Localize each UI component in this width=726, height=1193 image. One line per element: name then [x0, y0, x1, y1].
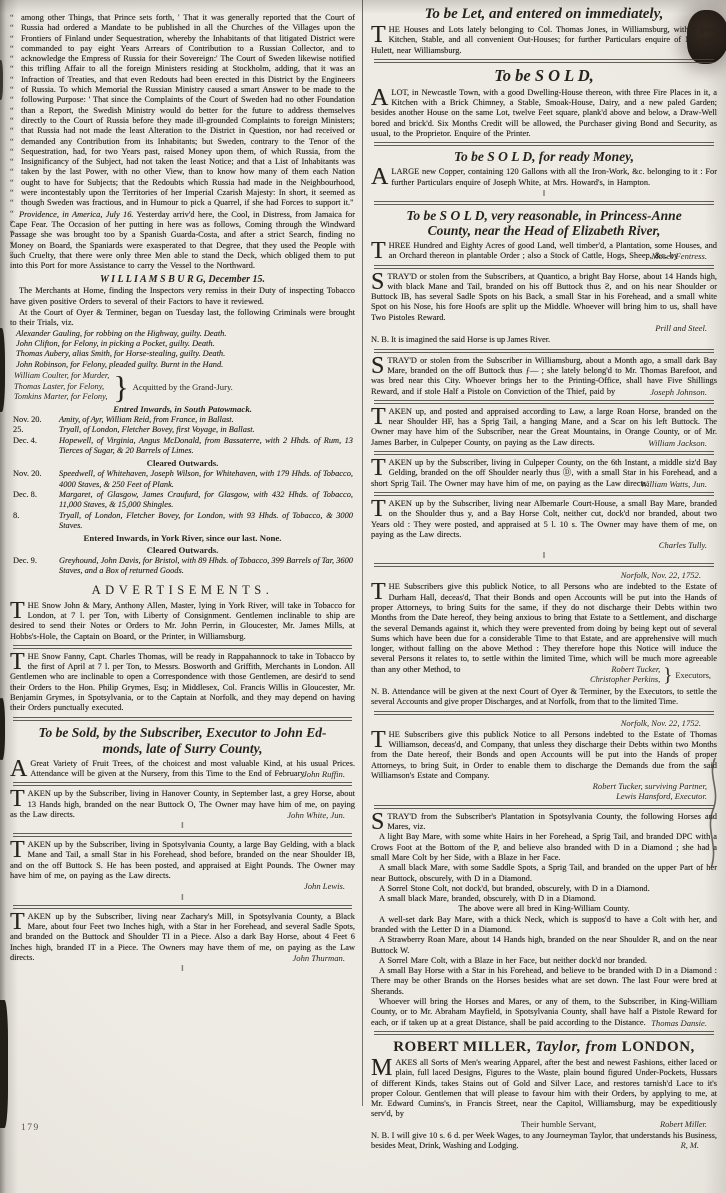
- drop-cap: S: [371, 356, 387, 377]
- drop-cap: A: [371, 88, 391, 109]
- ad-taken-spotsylvania: TAKEN up by the Subscriber, living in Sp…: [10, 840, 355, 881]
- ship-date: Dec. 9.: [10, 556, 59, 577]
- cleared-outwards-heading: Cleared Outwards.: [10, 458, 355, 468]
- section-divider: [374, 201, 714, 205]
- verdict-row: Thomas Aubery, alias Smith, for Horse-st…: [10, 349, 355, 359]
- section-divider: [374, 349, 714, 353]
- section-divider: [374, 1031, 714, 1035]
- ad-snow-john-mary: THE Snow John & Mary, Anthony Allen, Mas…: [10, 601, 355, 642]
- signature: Robert Miller.: [660, 1120, 707, 1129]
- verdict-row: John Robinson, for Felony, pleaded guilt…: [10, 360, 355, 370]
- york-river-heading: Entered Inwards, in York River, since ou…: [10, 533, 355, 543]
- notice-text: HE Subscribers give this publick Notice,…: [371, 582, 717, 673]
- drop-cap: M: [371, 1058, 395, 1079]
- section-divider: [374, 451, 714, 455]
- brace-glyph: }: [663, 666, 672, 685]
- ship-entry: Dec. 4.Hopewell, of Virginia, Angus McDo…: [10, 436, 355, 457]
- heading-part: LONDON,: [622, 1039, 695, 1055]
- notice-text: HE Subscribers give this publick Notice …: [371, 730, 717, 780]
- section-divider: [13, 717, 352, 721]
- ad-text: AKEN up by the Subscriber, living in Spo…: [10, 840, 355, 880]
- ship-date: Dec. 4.: [10, 436, 59, 457]
- ad-text: HE Snow Fanny, Capt. Charles Thomas, wil…: [10, 652, 355, 712]
- column-divider: [362, 0, 363, 1106]
- binding-ink-mark: [0, 1000, 8, 1128]
- ship-entry: Nov. 20.Amity, of Ayr, William Reid, fro…: [10, 415, 355, 425]
- ship-detail: Speedwell, of Whitehaven, Joseph Wilson,…: [59, 469, 355, 490]
- ad-text: TRAY'D or stolen from the Subscribers, a…: [371, 272, 717, 322]
- court-intro: At the Court of Oyer & Terminer, began o…: [10, 308, 355, 329]
- drop-cap: A: [371, 167, 391, 188]
- printers-mark: ‖: [371, 189, 717, 198]
- section-divider: [374, 400, 714, 404]
- section-divider: [374, 492, 714, 496]
- drop-cap: A: [10, 759, 30, 780]
- brace-glyph: }: [113, 372, 128, 402]
- verdict-row: Alexander Gauling, for robbing on the Hi…: [10, 329, 355, 339]
- drop-cap: T: [10, 601, 28, 622]
- drop-cap: T: [10, 840, 28, 861]
- ship-entry: Nov. 20.Speedwell, of Whitehaven, Joseph…: [10, 469, 355, 490]
- ad-taken-albemarle: TAKEN up by the Subscriber, living near …: [371, 499, 717, 540]
- heading-line: To be Sold, by the Subscriber, Executor …: [39, 725, 327, 740]
- ship-entry: Dec. 8.Margaret, of Glasgow, James Crauf…: [10, 490, 355, 511]
- servant-line: Their humble Servant,: [521, 1120, 596, 1129]
- heading-line: To be S O L D, very reasonable, in Princ…: [406, 208, 681, 223]
- stray-horse-item: A light Bay Mare, with some white Hairs …: [371, 832, 717, 863]
- advertisements-heading: ADVERTISEMENTS.: [10, 583, 355, 598]
- sold-subscriber-heading: To be Sold, by the Subscriber, Executor …: [10, 725, 355, 757]
- section-divider: [13, 782, 352, 786]
- ad-strayd-quantico: STRAY'D or stolen from the Subscribers, …: [371, 272, 717, 323]
- to-be-sold-heading: To be S O L D,: [371, 66, 717, 86]
- nota-bene: N. B. Attendance will be given at the ne…: [371, 687, 717, 708]
- right-column: To be Let, and entered on immediately, T…: [371, 6, 717, 1150]
- stray-horse-item: A well-set dark Bay Mare, with a thick N…: [371, 915, 717, 936]
- ship-detail: Hopewell, of Virginia, Angus McDonald, f…: [59, 436, 355, 457]
- ship-date: 8.: [10, 511, 59, 532]
- drop-cap: T: [10, 789, 28, 810]
- europe-news-text: among other Things, that Prince sets for…: [21, 13, 355, 209]
- ad-strayd-plantation-intro: STRAY'D from the Subscriber's Plantation…: [371, 812, 717, 833]
- ship-detail: Tryall, of London, Fletcher Bovey, first…: [59, 425, 355, 435]
- newspaper-page: among other Things, that Prince sets for…: [0, 0, 726, 1193]
- signature: Prill and Steel.: [371, 323, 717, 333]
- signature: John Thurman.: [10, 953, 355, 963]
- ad-copper: ALARGE new Copper, containing 120 Gallon…: [371, 167, 717, 188]
- left-column: among other Things, that Prince sets for…: [10, 13, 355, 974]
- executor-name: Robert Tucker,: [590, 665, 660, 675]
- ship-date: Nov. 20.: [10, 415, 59, 425]
- ad-text: TRAY'D from the Subscriber's Plantation …: [387, 812, 717, 831]
- ship-date: Nov. 20.: [10, 469, 59, 490]
- stray-horse-item: A small black Mare, branded, obscurely, …: [371, 894, 717, 904]
- ship-date: 25.: [10, 425, 59, 435]
- ad-snow-fanny: THE Snow Fanny, Capt. Charles Thomas, wi…: [10, 652, 355, 714]
- drop-cap: T: [371, 499, 389, 520]
- stray-horse-item: A small black Mare, with some Saddle Spo…: [371, 863, 717, 884]
- page-number: 179: [21, 1123, 40, 1133]
- signature: Charles Tully.: [371, 540, 717, 550]
- providence-dateline: Providence, in America, July 16.: [19, 210, 134, 219]
- ship-entry: 8.Tryall, of London, Fletcher Bovey, for…: [10, 511, 355, 532]
- sold-princess-anne-heading: To be S O L D, very reasonable, in Princ…: [371, 208, 717, 239]
- acquitted-name: Thomas Laster, for Felony,: [14, 382, 109, 392]
- merchants-news: The Merchants at Home, finding the Inspe…: [10, 286, 355, 307]
- section-divider: [374, 265, 714, 269]
- ad-text: HE Houses and Lots lately belonging to C…: [371, 25, 717, 55]
- servant-signature-row: Their humble Servant, Robert Miller.: [371, 1120, 717, 1129]
- stray-horse-item: A Strawberry Roan Mare, about 14 Hands h…: [371, 935, 717, 956]
- signature: John Lewis.: [10, 881, 355, 891]
- acquitted-name: Tomkins Marter, for Felony,: [14, 392, 109, 402]
- section-divider: [13, 645, 352, 649]
- drop-cap: T: [371, 241, 389, 262]
- drop-cap: S: [371, 272, 387, 293]
- executor-name: Christopher Perkins,: [590, 675, 660, 685]
- stray-horse-item: A Sorrel Stone Colt, not dock'd, but bra…: [371, 884, 717, 894]
- drop-cap: T: [371, 407, 389, 428]
- drop-cap: T: [10, 912, 28, 933]
- signature: Lewis Hansford, Executor.: [371, 791, 717, 801]
- ship-detail: Amity, of Ayr, William Reid, from France…: [59, 415, 355, 425]
- binding-ink-mark: [0, 698, 5, 760]
- notice-durham-hall-estate: THE Subscribers give this publick Notice…: [371, 582, 717, 675]
- binding-ink-mark: [0, 60, 3, 100]
- printers-mark: ‖: [10, 964, 355, 973]
- ad-newcastle-lot: ALOT, in Newcastle Town, with a good Dwe…: [371, 88, 717, 139]
- york-cleared-heading: Cleared Outwards.: [10, 545, 355, 555]
- executors-label: Executors,: [675, 671, 711, 680]
- ad-to-be-let: THE Houses and Lots lately belonging to …: [371, 25, 717, 56]
- ship-entry: 25.Tryall, of London, Fletcher Bovey, fi…: [10, 425, 355, 435]
- ship-detail: Tryall, of London, Fletcher Bovey, for L…: [59, 511, 355, 532]
- verdict-row: John Clifton, for Felony, in picking a P…: [10, 339, 355, 349]
- notice-williamson-estate: THE Subscribers give this publick Notice…: [371, 730, 717, 781]
- signature: Robert Tucker, surviving Partner,: [371, 781, 717, 791]
- to-be-let-heading: To be Let, and entered on immediately,: [371, 6, 717, 23]
- acquitted-names: William Coulter, for Murder, Thomas Last…: [14, 371, 109, 402]
- ad-robert-miller: MAKES all Sorts of Men's wearing Apparel…: [371, 1058, 717, 1120]
- drop-cap: T: [371, 458, 389, 479]
- section-divider: [13, 905, 352, 909]
- court-verdicts: Alexander Gauling, for robbing on the Hi…: [10, 329, 355, 371]
- stray-horse-note: The above were all bred in King-William …: [371, 904, 717, 914]
- providence-news: Providence, in America, July 16. Yesterd…: [10, 210, 355, 272]
- section-divider: [374, 59, 714, 63]
- heading-part: Taylor, from: [535, 1039, 621, 1055]
- ad-text: LARGE new Copper, containing 120 Gallons…: [391, 167, 717, 186]
- section-divider: [374, 142, 714, 146]
- ad-text: LOT, in Newcastle Town, with a good Dwel…: [371, 88, 717, 138]
- section-divider: [13, 833, 352, 837]
- drop-cap: T: [371, 730, 389, 751]
- ad-text: HE Snow John & Mary, Anthony Allen, Mast…: [10, 601, 355, 641]
- ship-detail: Greyhound, John Davis, for Bristol, with…: [59, 556, 355, 577]
- drop-cap: T: [371, 25, 389, 46]
- ad-text: AKEN up by the Subscriber, living near A…: [371, 499, 717, 539]
- drop-cap: T: [10, 652, 28, 673]
- printers-mark: ‖: [10, 821, 355, 830]
- section-divider: [374, 563, 714, 567]
- sold-ready-money-heading: To be S O L D, for ready Money,: [371, 149, 717, 165]
- drop-cap: T: [371, 582, 389, 603]
- acquitted-name: William Coulter, for Murder,: [14, 371, 109, 381]
- norfolk-dateline: Norfolk, Nov. 22, 1752.: [371, 570, 717, 580]
- heading-part: ROBERT MILLER,: [393, 1039, 535, 1055]
- ship-entry: Dec. 9.Greyhound, John Davis, for Bristo…: [10, 556, 355, 577]
- printers-mark: ‖: [10, 893, 355, 902]
- acquitted-block: William Coulter, for Murder, Thomas Last…: [14, 371, 355, 402]
- ship-date: Dec. 8.: [10, 490, 59, 511]
- acquitted-label: Acquitted by the Grand-Jury.: [133, 382, 233, 392]
- printers-mark: ‖: [371, 551, 717, 560]
- nota-bene: N. B. It is imagined the said Horse is u…: [371, 335, 717, 345]
- section-divider: [374, 805, 714, 809]
- stray-horse-item: A Sorrel Mare Colt, with a Blaze in her …: [371, 956, 717, 966]
- stray-horse-item: A small Bay Horse with a Star in his For…: [371, 966, 717, 997]
- europe-news-continued: among other Things, that Prince sets for…: [10, 13, 355, 209]
- ad-text: AKES all Sorts of Men's wearing Apparel,…: [371, 1058, 717, 1118]
- norfolk-dateline: Norfolk, Nov. 22, 1752.: [371, 718, 717, 728]
- section-divider: [374, 711, 714, 715]
- drop-cap: S: [371, 812, 387, 833]
- robert-miller-heading: ROBERT MILLER, Taylor, from LONDON,: [371, 1039, 717, 1056]
- williamsburg-dateline-heading: W I L L I A M S B U R G, December 15.: [10, 274, 355, 285]
- binding-ink-mark: [0, 328, 5, 412]
- ship-detail: Margaret, of Glasgow, James Craufurd, fo…: [59, 490, 355, 511]
- executor-names: Robert Tucker, Christopher Perkins,: [590, 665, 660, 685]
- heading-line: monds, late of Surry County,: [102, 741, 262, 756]
- entered-inwards-heading: Entred Inwards, in South Patowmack.: [10, 404, 355, 414]
- heading-line: County, near the Head of Elizabeth River…: [428, 223, 661, 238]
